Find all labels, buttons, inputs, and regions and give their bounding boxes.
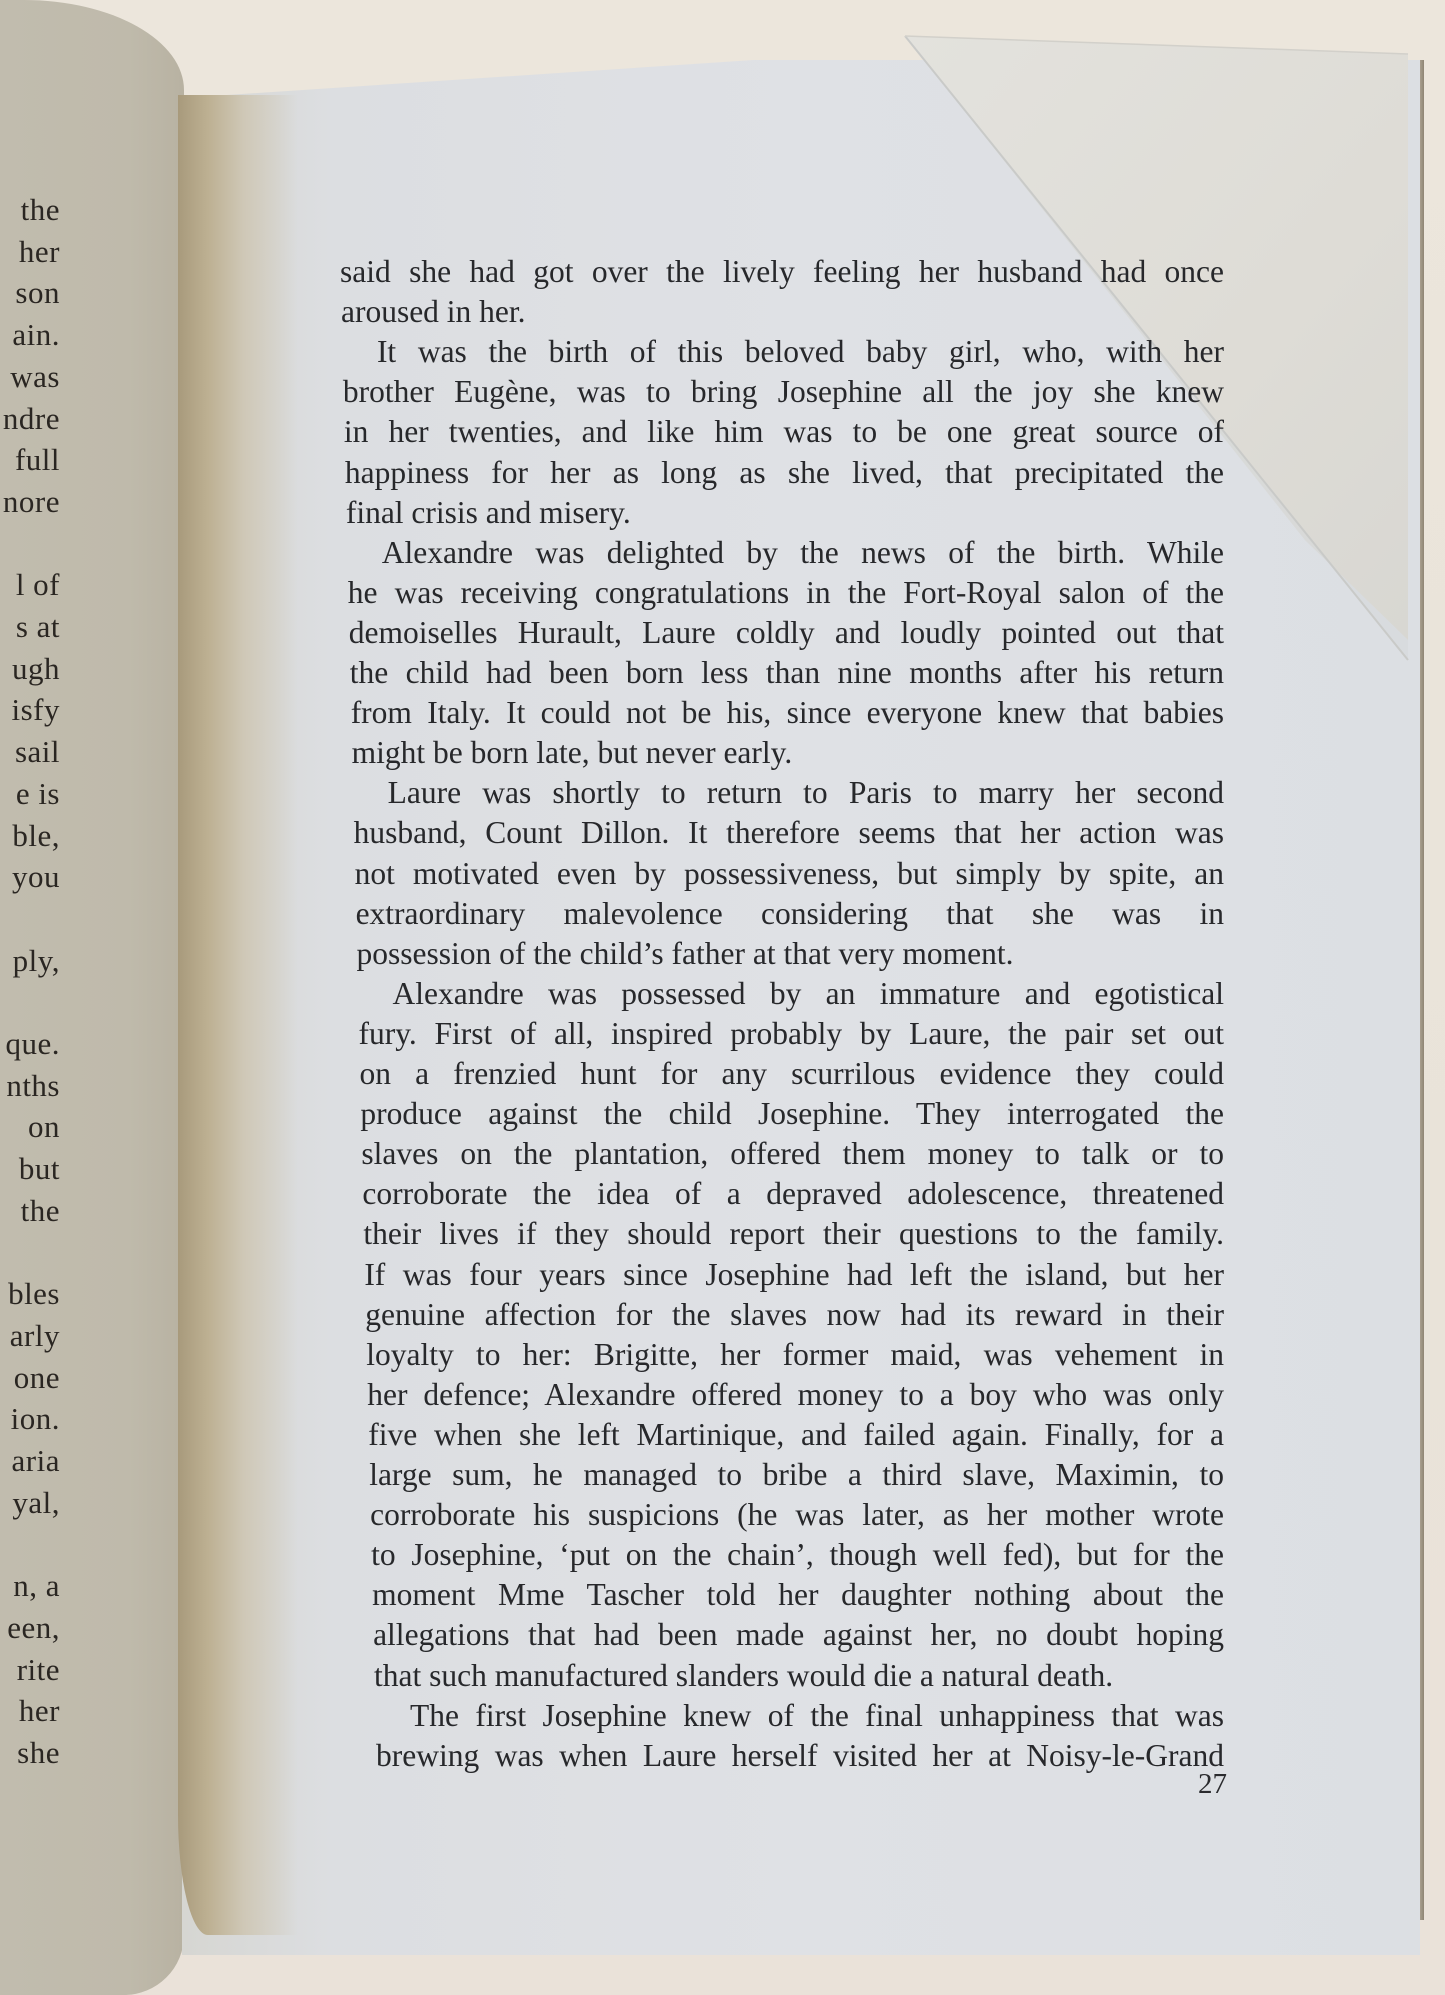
text-line: not motivated even by possessiveness, bu…	[355, 854, 1224, 894]
text-line: in her twenties, and like him was to be …	[344, 412, 1224, 452]
text-line: on a frenzied hunt for any scurrilous ev…	[359, 1054, 1224, 1094]
text-line: that such manufactured slanders would di…	[374, 1656, 1224, 1696]
text-line: produce against the child Josephine. The…	[360, 1094, 1224, 1134]
text-line: aroused in her.	[341, 292, 1224, 332]
text-line: final crisis and misery.	[346, 493, 1224, 533]
text-line: allegations that had been made against h…	[373, 1615, 1224, 1655]
text-line: If was four years since Josephine had le…	[364, 1255, 1224, 1295]
paragraph-first-line: Alexandre was delighted by the news of t…	[382, 533, 1224, 573]
text-line: might be born late, but never early.	[352, 733, 1224, 773]
paragraph-first-line: It was the birth of this beloved baby gi…	[377, 332, 1224, 372]
paragraph-first-line: Laure was shortly to return to Paris to …	[388, 773, 1224, 813]
text-line: possession of the child’s father at that…	[357, 934, 1224, 974]
text-line: he was receiving congratulations in the …	[348, 573, 1224, 613]
text-line: to Josephine, ‘put on the chain’, though…	[371, 1535, 1224, 1575]
text-line: moment Mme Tascher told her daughter not…	[372, 1575, 1224, 1615]
text-line: corroborate his suspicions (he was later…	[370, 1495, 1224, 1535]
text-line: said she had got over the lively feeling…	[340, 252, 1224, 292]
paragraph-first-line: The first Josephine knew of the final un…	[410, 1696, 1224, 1736]
text-line: loyalty to her: Brigitte, her former mai…	[366, 1335, 1224, 1375]
page-number: 27	[1198, 1768, 1227, 1801]
text-line: slaves on the plantation, offered them m…	[361, 1134, 1224, 1174]
text-line: happiness for her as long as she lived, …	[345, 453, 1224, 493]
text-line: extraordinary malevolence considering th…	[356, 894, 1224, 934]
text-line: demoiselles Hurault, Laure coldly and lo…	[349, 613, 1224, 653]
text-line: brother Eugène, was to bring Josephine a…	[343, 372, 1224, 412]
paragraph-first-line: Alexandre was possessed by an immature a…	[393, 974, 1224, 1014]
text-line: corroborate the idea of a depraved adole…	[362, 1174, 1224, 1214]
text-line: the child had been born less than nine m…	[350, 653, 1224, 693]
text-line: large sum, he managed to bribe a third s…	[369, 1455, 1224, 1495]
book-photo: thehersonain.wasndrefullnorel ofs atughi…	[0, 0, 1445, 1995]
text-line: their lives if they should report their …	[363, 1214, 1224, 1254]
text-line: fury. First of all, inspired probably by…	[358, 1014, 1224, 1054]
text-line: five when she left Martinique, and faile…	[368, 1415, 1224, 1455]
text-line: husband, Count Dillon. It therefore seem…	[354, 813, 1224, 853]
text-line: her defence; Alexandre offered money to …	[367, 1375, 1224, 1415]
right-page-text: said she had got over the lively feeling…	[0, 0, 1445, 1995]
text-line: from Italy. It could not be his, since e…	[351, 693, 1224, 733]
text-line: brewing was when Laure herself visited h…	[376, 1736, 1224, 1776]
text-line: genuine affection for the slaves now had…	[365, 1295, 1224, 1335]
